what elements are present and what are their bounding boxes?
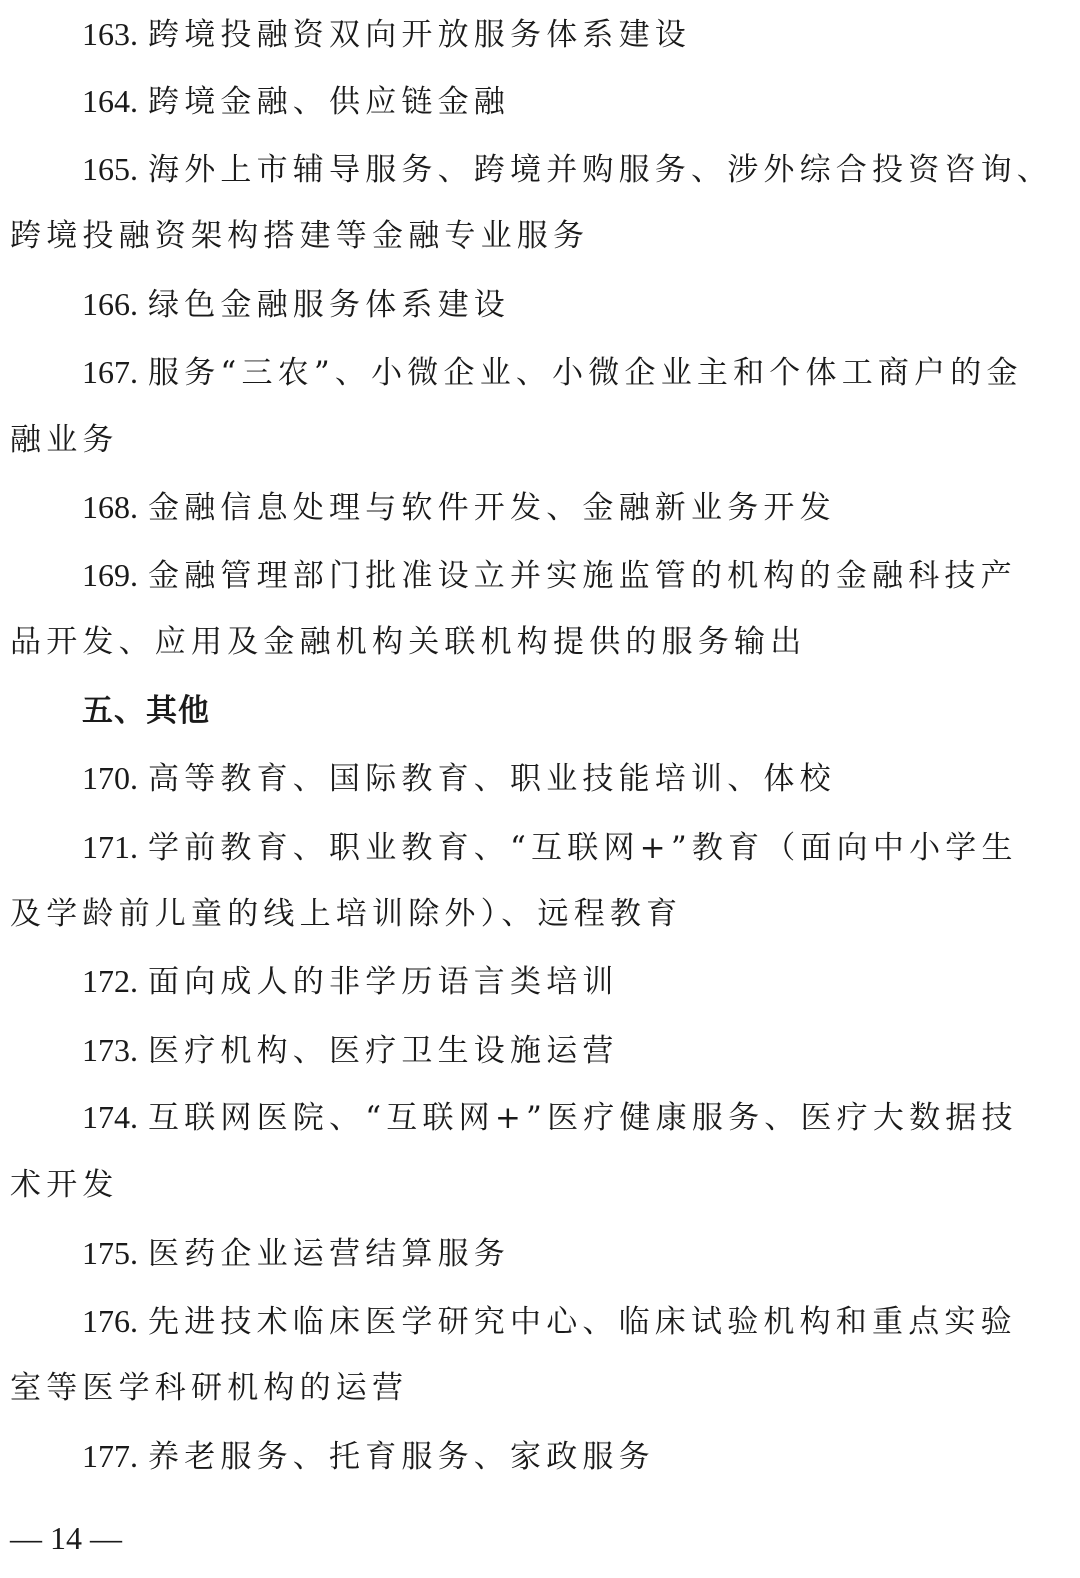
list-item-168: 168.金融信息处理与软件开发、金融新业务开发	[0, 473, 1080, 541]
section-heading: 五、其他	[0, 677, 1080, 745]
item-number: 173.	[82, 1032, 138, 1068]
item-text: 医药企业运营结算服务	[148, 1236, 510, 1272]
item-number: 172.	[82, 963, 138, 999]
item-number: 174.	[82, 1099, 138, 1135]
list-item-169-continuation: 品开发、应用及金融机构关联机构提供的服务输出	[0, 608, 1080, 676]
item-text: 海外上市辅导服务、跨境并购服务、涉外综合投资咨询、	[148, 152, 1053, 188]
item-text: 跨境投融资双向开放服务体系建设	[148, 17, 691, 53]
list-item-165: 165.海外上市辅导服务、跨境并购服务、涉外综合投资咨询、	[0, 135, 1080, 203]
item-number: 167.	[82, 354, 138, 390]
item-text: 金融信息处理与软件开发、金融新业务开发	[148, 490, 836, 526]
list-item-169: 169.金融管理部门批准设立并实施监管的机构的金融科技产	[0, 541, 1080, 609]
item-text: 医疗机构、医疗卫生设施运营	[148, 1033, 619, 1069]
list-item-165-continuation: 跨境投融资架构搭建等金融专业服务	[0, 202, 1080, 270]
list-item-176-continuation: 室等医学科研机构的运营	[0, 1354, 1080, 1422]
item-text: 绿色金融服务体系建设	[148, 287, 510, 323]
list-item-163: 163.跨境投融资双向开放服务体系建设	[0, 0, 1080, 68]
list-item-172: 172.面向成人的非学历语言类培训	[0, 947, 1080, 1015]
list-item-173: 173.医疗机构、医疗卫生设施运营	[0, 1016, 1080, 1084]
list-item-167-continuation: 融业务	[0, 406, 1080, 474]
item-text: 养老服务、托育服务、家政服务	[148, 1439, 655, 1475]
list-item-174: 174.互联网医院、“互联网+”医疗健康服务、医疗大数据技	[0, 1083, 1080, 1151]
list-item-174-continuation: 术开发	[0, 1151, 1080, 1219]
item-number: 169.	[82, 557, 138, 593]
item-text: 先进技术临床医学研究中心、临床试验机构和重点实验	[148, 1304, 1017, 1340]
item-number: 170.	[82, 760, 138, 796]
item-number: 164.	[82, 83, 138, 119]
list-item-171-continuation: 及学龄前儿童的线上培训除外）、远程教育	[0, 880, 1080, 948]
list-item-177: 177.养老服务、托育服务、家政服务	[0, 1422, 1080, 1490]
item-number: 166.	[82, 286, 138, 322]
item-text: 学前教育、职业教育、“互联网+”教育（面向中小学生	[148, 830, 1018, 866]
item-number: 163.	[82, 16, 138, 52]
item-number: 165.	[82, 151, 138, 187]
page-number: — 14 —	[10, 1510, 122, 1566]
item-number: 176.	[82, 1303, 138, 1339]
item-text: 面向成人的非学历语言类培训	[148, 964, 619, 1000]
item-number: 177.	[82, 1438, 138, 1474]
item-text: 互联网医院、“互联网+”医疗健康服务、医疗大数据技	[148, 1100, 1018, 1136]
item-text: 跨境金融、供应链金融	[148, 84, 510, 120]
list-item-164: 164.跨境金融、供应链金融	[0, 67, 1080, 135]
item-text: 服务“三农”、小微企业、小微企业主和个体工商户的金	[148, 355, 1023, 391]
list-item-176: 176.先进技术临床医学研究中心、临床试验机构和重点实验	[0, 1287, 1080, 1355]
item-text: 金融管理部门批准设立并实施监管的机构的金融科技产	[148, 558, 1017, 594]
item-text: 高等教育、国际教育、职业技能培训、体校	[148, 761, 836, 797]
list-item-170: 170.高等教育、国际教育、职业技能培训、体校	[0, 744, 1080, 812]
item-number: 168.	[82, 489, 138, 525]
list-item-166: 166.绿色金融服务体系建设	[0, 270, 1080, 338]
item-number: 175.	[82, 1235, 138, 1271]
document-page: 163.跨境投融资双向开放服务体系建设 164.跨境金融、供应链金融 165.海…	[0, 0, 1080, 1578]
list-item-175: 175.医药企业运营结算服务	[0, 1219, 1080, 1287]
list-item-171: 171.学前教育、职业教育、“互联网+”教育（面向中小学生	[0, 813, 1080, 881]
item-number: 171.	[82, 829, 138, 865]
list-item-167: 167.服务“三农”、小微企业、小微企业主和个体工商户的金	[0, 338, 1080, 406]
